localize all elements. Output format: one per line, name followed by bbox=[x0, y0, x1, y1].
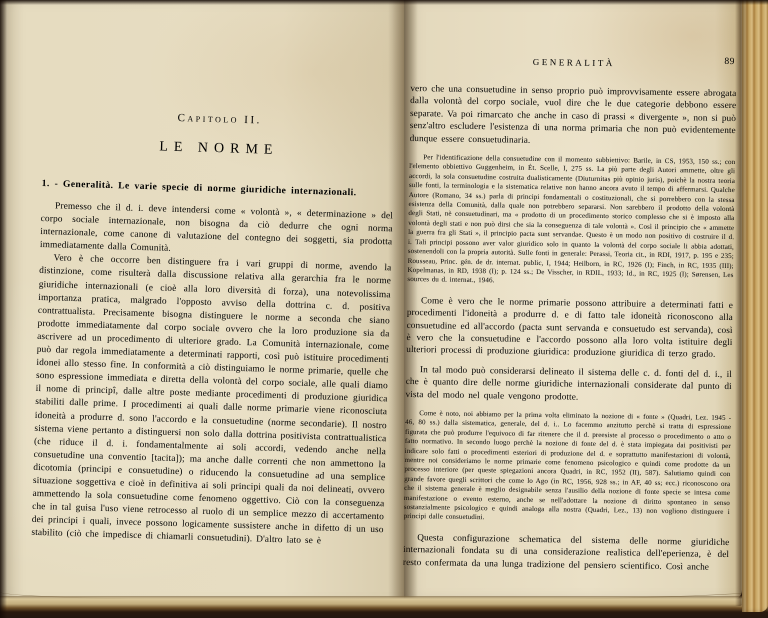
bottom-page-stack bbox=[0, 596, 768, 618]
photo-top-edge bbox=[0, 0, 768, 5]
right-page-content: GENERALITÀ 89 vero che una consuetudine … bbox=[403, 50, 737, 573]
photo-left-edge bbox=[0, 0, 7, 618]
right-paragraph-continuation: vero che una consuetudine in senso propr… bbox=[410, 82, 737, 149]
left-paragraph-2: Vero è che occorre ben distinguere fra i… bbox=[31, 252, 391, 550]
left-page-content: Capitolo II. LE NORME 1. - Generalità. L… bbox=[31, 108, 396, 551]
page-number: 89 bbox=[724, 57, 735, 67]
running-head-row: GENERALITÀ 89 bbox=[411, 50, 737, 73]
section-heading: 1. - Generalità. Le varie specie di norm… bbox=[42, 178, 394, 199]
right-paragraph-4: Questa configurazione schematica del sis… bbox=[403, 531, 730, 573]
running-head: GENERALITÀ bbox=[533, 57, 615, 68]
fore-edge-page-stack bbox=[742, 0, 768, 612]
footnote-block-1: Per l'identificazione della consuetudine… bbox=[407, 153, 735, 290]
book-photo: Capitolo II. LE NORME 1. - Generalità. L… bbox=[0, 0, 768, 618]
right-paragraph-3: In tal modo può considerarsi delineato i… bbox=[406, 363, 733, 405]
right-paragraph-2: Come è vero che le norme primarie posson… bbox=[406, 294, 733, 361]
chapter-title: LE NORME bbox=[43, 136, 395, 162]
footnote-block-2: Come è noto, noi abbiamo per la prima vo… bbox=[404, 409, 732, 527]
